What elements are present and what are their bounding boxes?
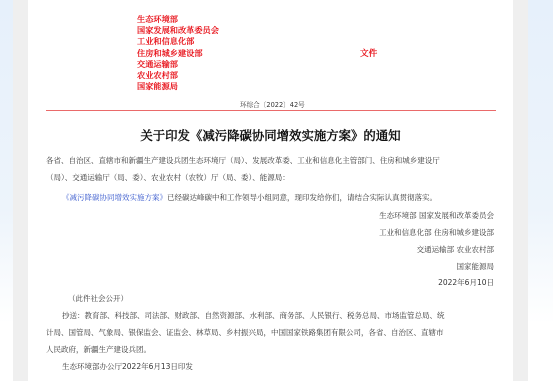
document-title: 关于印发《减污降碳协同增效实施方案》的通知 bbox=[28, 126, 513, 144]
issuing-agencies: 生态环境部 国家发展和改革委员会 工业和信息化部 住房和城乡建设部 交通运输部 … bbox=[137, 14, 219, 92]
cc-line-3: 人民政府，新疆生产建设兵团。 bbox=[46, 344, 151, 355]
red-header-rule bbox=[46, 110, 496, 111]
document-word: 文件 bbox=[360, 47, 377, 59]
signature-line: 交通运输部 农业农村部 bbox=[417, 244, 494, 255]
main-paragraph-text: 已经碳达峰碳中和工作领导小组同意，现印发给你们，请结合实际认真贯彻落实。 bbox=[167, 193, 437, 202]
issuer-item: 工业和信息化部 bbox=[137, 36, 219, 47]
issuer-item: 住房和城乡建设部 bbox=[137, 48, 219, 59]
main-paragraph: 《减污降碳协同增效实施方案》已经碳达峰碳中和工作领导小组同意，现印发给你们，请结… bbox=[62, 192, 437, 203]
right-gutter bbox=[513, 0, 528, 381]
issuer-item: 生态环境部 bbox=[137, 14, 219, 25]
signature-line: 生态环境部 国家发展和改革委员会 bbox=[379, 210, 494, 221]
cc-line-1: 抄送：教育部、科技部、司法部、财政部、自然资源部、水利部、商务部、人民银行、税务… bbox=[62, 310, 445, 321]
plan-document-link[interactable]: 《减污降碳协同增效实施方案》 bbox=[62, 193, 167, 202]
document-number: 环综合〔2022〕42号 bbox=[240, 99, 305, 109]
public-note: （此件社会公开） bbox=[68, 293, 128, 304]
addressees-line-1: 各省、自治区、直辖市和新疆生产建设兵团生态环境厅（局）、发展改革委、工业和信息化… bbox=[46, 155, 440, 166]
issuer-item: 国家能源局 bbox=[137, 81, 219, 92]
issuer-item: 交通运输部 bbox=[137, 59, 219, 70]
issuer-item: 农业农村部 bbox=[137, 70, 219, 81]
cc-line-2: 计局、国管局、气象局、银保监会、证监会、林草局、乡村振兴局，中国国家铁路集团有限… bbox=[46, 327, 444, 338]
addressees-line-2: （局）、交通运输厅（局、委）、农业农村（农牧）厅（局、委）、能源局： bbox=[46, 172, 290, 183]
printed-by: 生态环境部办公厅2022年6月13日印发 bbox=[62, 361, 193, 372]
document-page: 生态环境部 国家发展和改革委员会 工业和信息化部 住房和城乡建设部 交通运输部 … bbox=[28, 0, 513, 381]
issuer-item: 国家发展和改革委员会 bbox=[137, 25, 219, 36]
signature-date: 2022年6月10日 bbox=[438, 277, 494, 288]
left-gutter bbox=[13, 0, 28, 381]
signature-line: 国家能源局 bbox=[457, 261, 495, 272]
signature-line: 工业和信息化部 住房和城乡建设部 bbox=[379, 227, 494, 238]
